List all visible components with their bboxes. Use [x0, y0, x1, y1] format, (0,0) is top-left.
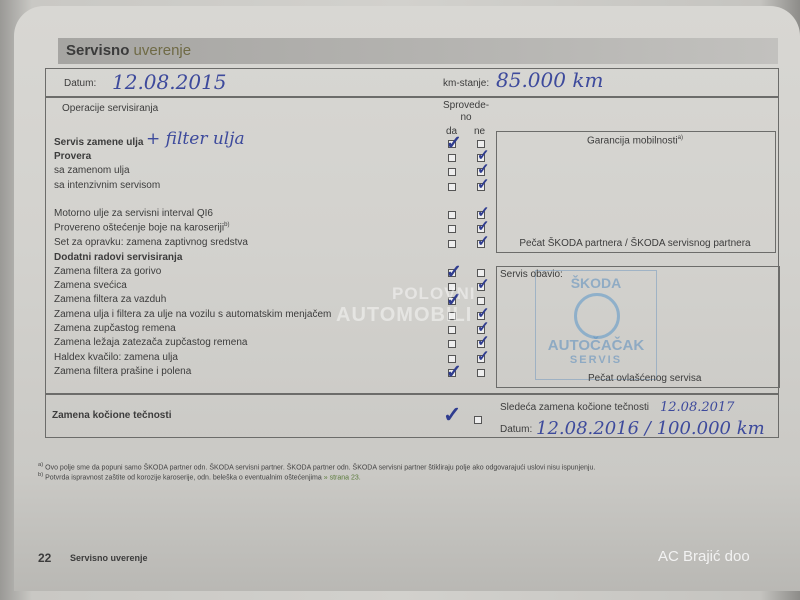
- mileage-label: km-stanje:: [443, 78, 489, 89]
- check-mark-icon: ✓: [443, 404, 461, 426]
- brake-fluid-no-checkbox[interactable]: [474, 416, 482, 424]
- check-mark-icon: ✓: [446, 363, 462, 382]
- footnote-b-text: Potvrda ispravnost zaštite od korozije k…: [45, 474, 322, 481]
- stamp-servis: SERVIS: [536, 354, 656, 366]
- check-mark-icon: ✓: [477, 334, 490, 349]
- operation-label: Dodatni radovi servisiranja: [54, 252, 182, 263]
- skoda-logo-icon: [574, 293, 620, 339]
- date-value: 12.08.2015: [112, 70, 227, 94]
- footnote-a-text: Ovo polje sme da popuni samo ŠKODA partn…: [45, 464, 595, 471]
- page-number: 22: [38, 551, 51, 565]
- brake-fluid-label: Zamena kočione tečnosti: [52, 410, 171, 421]
- operation-label: Motorno ulje za servisni interval QI6: [54, 208, 213, 219]
- title-part1: Servisno: [66, 42, 129, 59]
- page-title: Servisno uverenje: [58, 38, 778, 64]
- date-label: Datum:: [64, 78, 96, 89]
- service-stamp-caption: Pečat ovlašćenog servisa: [588, 373, 701, 384]
- dealer-watermark: AC Brajić doo: [658, 548, 750, 565]
- operation-label: Zamena filtera prašine i polena: [54, 366, 191, 377]
- checkbox-ne[interactable]: [477, 369, 485, 377]
- checkbox-da[interactable]: [448, 225, 456, 233]
- operation-label: Zamena ulja i filtera za ulje na vozilu …: [54, 309, 331, 320]
- checkbox-da[interactable]: [448, 340, 456, 348]
- operation-label: sa intenzivnim servisom: [54, 180, 160, 191]
- checkbox-da[interactable]: [448, 183, 456, 191]
- operation-label: sa zamenom ulja: [54, 165, 130, 176]
- checkbox-da[interactable]: [448, 326, 456, 334]
- check-mark-icon: ✓: [446, 263, 462, 282]
- footnote-b: b) Potvrda ispravnost zaštite od korozij…: [38, 472, 361, 481]
- checkbox-da[interactable]: [448, 211, 456, 219]
- handwritten-note: + filter ulja: [146, 129, 245, 149]
- checkbox-da[interactable]: [448, 240, 456, 248]
- watermark-line2: AUTOMOBILI: [336, 304, 472, 327]
- stamp-name: AUTOČAČAK: [536, 337, 656, 354]
- checkbox-ne[interactable]: [477, 297, 485, 305]
- checkbox-da[interactable]: [448, 168, 456, 176]
- check-mark-icon: ✓: [477, 219, 490, 234]
- checkbox-da[interactable]: [448, 154, 456, 162]
- operation-label: Zamena svećica: [54, 280, 127, 291]
- footnote-b-link[interactable]: » strana 23.: [324, 474, 361, 481]
- operation-sup: b): [224, 222, 229, 228]
- col-no: ne: [474, 126, 485, 137]
- mobility-box: [496, 131, 776, 253]
- operations-heading: Operacije servisiranja: [62, 103, 158, 114]
- service-stamp: ŠKODA AUTOČAČAK SERVIS: [535, 270, 657, 380]
- next-brake-label: Sledeća zamena kočione tečnosti: [500, 402, 649, 413]
- operation-label: Zamena zupčastog remena: [54, 323, 176, 334]
- operation-label: Haldex kvačilo: zamena ulja: [54, 352, 178, 363]
- brake-date-value: 12.08.2016 / 100.000 km: [536, 418, 765, 439]
- mobility-stamp-caption: Pečat ŠKODA partnera / ŠKODA servisnog p…: [496, 238, 774, 249]
- watermark-line1: POLOVNI: [392, 284, 476, 304]
- mobility-title: Garancija mobilnostia): [496, 135, 774, 146]
- operation-label: Zamena ležaja zatezača zupčastog remena: [54, 337, 247, 348]
- operation-label: Provereno oštećenje boje na karoserijib): [54, 222, 229, 233]
- operation-label: Set za opravku: zamena zaptivnog sredstv…: [54, 237, 248, 248]
- mobility-title-text: Garancija mobilnosti: [587, 135, 678, 146]
- title-part2: uverenje: [134, 42, 192, 59]
- brake-date-label: Datum:: [500, 424, 532, 435]
- next-brake-value: 12.08.2017: [660, 400, 734, 415]
- operation-label: Provera: [54, 151, 91, 162]
- operation-label: Zamena filtera za vazduh: [54, 294, 166, 305]
- footnote-b-mark: b): [38, 472, 43, 478]
- done-column-header: Sprovede-no: [443, 100, 489, 124]
- check-mark-icon: ✓: [477, 349, 490, 364]
- operation-label: Servis zamene ulja: [54, 137, 144, 148]
- service-by-label: Servis obavio:: [500, 269, 563, 280]
- operation-label: Zamena filtera za gorivo: [54, 266, 161, 277]
- footnote-a-mark: a): [38, 462, 43, 468]
- footer-section: Servisno uverenje: [70, 553, 148, 563]
- footnote-a: a) Ovo polje sme da popuni samo ŠKODA pa…: [38, 462, 595, 471]
- check-mark-icon: ✓: [477, 234, 490, 249]
- check-mark-icon: ✓: [477, 162, 490, 177]
- mobility-sup: a): [678, 135, 683, 141]
- check-mark-icon: ✓: [446, 134, 462, 153]
- mileage-value: 85.000 km: [496, 68, 603, 92]
- check-mark-icon: ✓: [477, 277, 490, 292]
- check-mark-icon: ✓: [477, 177, 490, 192]
